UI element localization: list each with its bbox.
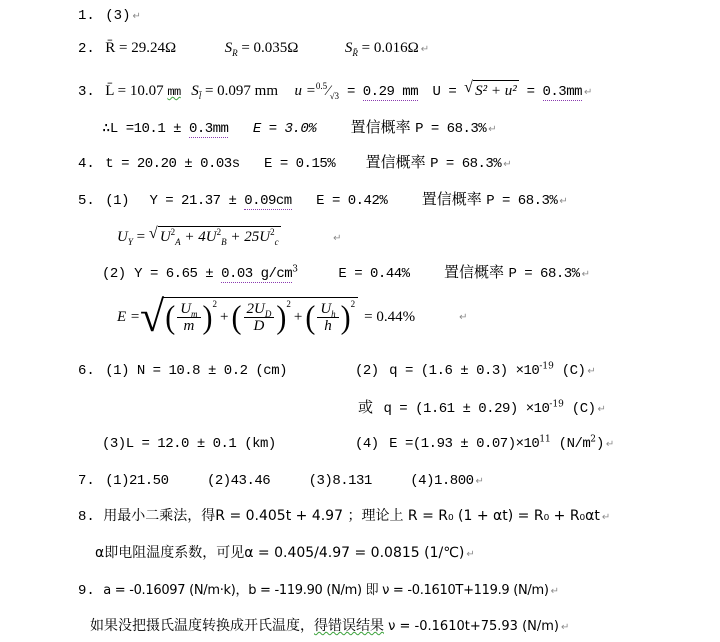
y-deviation: 0.03 g/cm [221,266,292,283]
u-value: u =0.5⁄√3 = 0.29 mm [294,83,418,99]
paragraph-mark-icon: ↵ [602,512,610,523]
item-5-part-2: (2) Y = 6.65 ± 0.03 g/cm3 E = 0.44% 置信概率… [102,262,590,285]
item-number: 7. [78,473,95,489]
term: U [160,229,171,245]
sqrt-expression: √ (Umm)2 + (2UDD)2 + (Uhh)2 [140,295,358,339]
radicand: S² + u² [473,80,519,101]
item-8-line-2: α即电阻温度系数，可见α = 0.405/4.97 = 0.0815 (1/℃)… [95,543,475,565]
r-bar-value: R̄ = 29.24Ω [105,40,176,56]
sr-bar-value: SR̄ = 0.016Ω [345,40,419,56]
value: = 0.035Ω [238,40,299,56]
term: + 25U [227,229,270,245]
confidence-value: P = 68.3% [486,193,557,209]
l-value: (3)L = 12.0 ± 0.1 (km) [102,436,276,452]
item-2: 2. R̄ = 29.24Ω SR = 0.035Ω SR̄ = 0.016Ω↵ [78,38,429,60]
sl-value: Sl̄ = 0.097 mm [191,83,278,99]
answer-4: (4)1.800 [410,473,473,489]
big-u-value: U = S² + u² = 0.3mm [433,83,582,99]
equals: = [519,84,543,100]
item-number: 6. [78,363,95,379]
paragraph-mark-icon: ↵ [488,124,496,135]
relative-error: E = 0.44% [338,266,409,282]
paragraph-mark-icon: ↵ [559,196,567,207]
confidence-label: 置信概率 [351,118,411,136]
item-number: 8. [78,509,95,525]
part-label: (2) [355,363,379,379]
fraction: Uhh [317,301,338,334]
radicand: (Umm)2 + (2UDD)2 + (Uhh)2 [162,297,358,338]
e-formula: E = √ (Umm)2 + (2UDD)2 + (Uhh)2 = 0.44% … [117,292,468,342]
unit: mm [167,85,180,99]
paragraph-mark-icon: ↵ [551,586,559,597]
symbol: S [191,83,199,99]
relative-error: E = 0.15% [264,156,335,172]
t-value: t = 20.20 ± 0.03s [105,156,239,172]
answer-2: (2)43.46 [207,473,270,489]
radicand: U2A + 4U2B + 25U2c [158,226,281,247]
q-value: q = (1.61 ± 0.29) ×10 [383,401,549,417]
answer-1: (1)21.50 [105,473,168,489]
numerator: 0.5 [316,81,327,91]
paragraph-mark-icon: ↵ [584,87,592,98]
item-number: 1. [78,8,95,24]
item-6-part-1: 6. (1) N = 10.8 ± 0.2 (cm) [78,360,287,381]
paragraph-mark-icon: ↵ [132,11,140,22]
e-lhs: E = [117,309,140,326]
fraction: Umm [177,301,200,334]
confidence-value: P = 68.3% [430,156,501,172]
paragraph-mark-icon: ↵ [466,549,474,560]
paragraph-mark-icon: ↵ [459,312,467,323]
temperature-coefficient-text: α即电阻温度系数，可见α = 0.405/4.97 = 0.0815 (1/℃) [95,545,464,561]
value: L̄ = 10.07 [105,83,167,99]
item-3: 3. L̄ = 10.07 mm Sl̄ = 0.097 mm u =0.5⁄√… [78,80,592,103]
y-value: Y = 21.37 ± [149,193,244,209]
paragraph-mark-icon: ↵ [606,439,614,450]
confidence-label: 置信概率 [422,190,482,208]
paragraph-mark-icon: ↵ [333,233,341,244]
unit: (N/m [551,436,591,452]
e-value: E =(1.93 ± 0.07)×10 [389,436,539,452]
result: 0.3mm [543,84,583,101]
symbol: U [117,229,128,245]
item-7: 7. (1)21.50 (2)43.46 (3)8.131 (4)1.800↵ [78,470,484,492]
part-label: (4) [355,436,379,452]
result: 0.29 mm [363,84,418,101]
n-value: (1) N = 10.8 ± 0.2 (cm) [105,363,287,379]
item-6-part-2: (2) q = (1.6 ± 0.3) ×10-19 (C)↵ [355,360,596,382]
uy-lhs: UY = [117,229,149,245]
fit-result-text: a = -0.16097 (N/m·k)，b = -119.90 (N/m) 即… [103,583,548,598]
item-number: 4. [78,156,95,172]
item-3-conclusion: ∴L =10.1 ± 0.3mm E = 3.0% 置信概率 P = 68.3%… [102,117,497,140]
numerator: U [320,301,331,317]
item-5-part-1: 5. (1) Y = 21.37 ± 0.09cm E = 0.42% 置信概率… [78,189,568,212]
exponent: -19 [549,399,564,409]
numerator: U [180,301,191,317]
subscript: D [265,309,272,319]
q-value: q = (1.6 ± 0.3) ×10 [389,363,539,379]
confidence-value: P = 68.3% [415,121,486,137]
relative-error: E = 0.42% [316,193,387,209]
paragraph-mark-icon: ↵ [421,44,429,55]
y-value: Y = 6.65 ± [134,266,221,282]
item-6-part-2-alt: 或 q = (1.61 ± 0.29) ×10-19 (C)↵ [358,397,606,420]
answer-3: (3)8.131 [309,473,372,489]
part-label: (2) [102,266,126,282]
y-deviation: 0.09cm [244,193,291,210]
paragraph-mark-icon: ↵ [598,404,606,415]
denominator: D [254,318,265,334]
paragraph-mark-icon: ↵ [561,622,569,633]
denominator: √3 [330,91,339,101]
item-1: 1. (3)↵ [78,5,141,27]
symbol: u = [294,83,315,99]
error-note-text: 如果没把摄氏温度转换成开氏温度， [90,618,314,634]
unit: (C) [564,401,596,417]
fraction: 2UDD [244,301,275,334]
wrong-result-formula: ν = -0.1610t+75.93 (N/m) [384,619,559,634]
symbol: U = [433,84,465,100]
paragraph-mark-icon: ↵ [587,366,595,377]
l-deviation: 0.3mm [189,121,229,138]
item-4: 4. t = 20.20 ± 0.03s E = 0.15% 置信概率 P = … [78,152,512,175]
superscript: 3 [292,264,298,274]
symbol: S [225,40,233,56]
part-label: (1) [105,193,129,209]
equals: = [133,229,149,245]
subscript: c [275,237,279,247]
wrong-result-label: 得错误结果 [314,618,384,634]
item-6-part-4: (4) E =(1.93 ± 0.07)×1011 (N/m2)↵ [355,433,614,455]
uy-formula: UY = U2A + 4U2B + 25U2c ↵ [117,226,341,249]
value: = 0.097 mm [201,83,278,99]
least-squares-text: 用最小二乘法，得R = 0.405t + 4.97 ；理论上 R = R₀ (1… [103,508,600,524]
confidence-label: 置信概率 [366,153,426,171]
exponent: -19 [539,361,554,371]
paragraph-mark-icon: ↵ [503,159,511,170]
paragraph-mark-icon: ↵ [476,476,484,487]
subscript: h [331,309,336,319]
item-9-line-1: 9. a = -0.16097 (N/m·k)，b = -119.90 (N/m… [78,580,559,602]
unit: (C) [554,363,586,379]
equals: = [339,84,363,100]
item-number: 5. [78,193,95,209]
radical-sign-icon: √ [140,295,164,339]
item-6-part-3: (3)L = 12.0 ± 0.1 (km) [102,433,276,454]
relative-error: E = 3.0% [253,121,316,137]
denominator: h [324,318,332,334]
value: = 0.016Ω [358,40,419,56]
sqrt-expression: U2A + 4U2B + 25U2c [149,226,281,247]
numerator: 2U [247,301,265,317]
unit-end: ) [596,436,604,452]
confidence-label: 置信概率 [444,263,504,281]
denominator: m [183,318,194,334]
confidence-value: P = 68.3% [508,266,579,282]
sr-value: SR = 0.035Ω [225,40,299,56]
or-label: 或 [358,398,373,416]
item-number: 2. [78,41,95,57]
exponent: 11 [539,434,550,444]
item-number: 9. [78,583,95,599]
item-number: 3. [78,84,95,100]
item-9-line-2: 如果没把摄氏温度转换成开氏温度，得错误结果 ν = -0.1610t+75.93… [90,616,569,638]
paragraph-mark-icon: ↵ [582,269,590,280]
l-bar-value: L̄ = 10.07 mm [105,83,180,99]
term: + 4U [181,229,217,245]
answer-text: (3) [105,8,130,24]
sqrt-expression: S² + u² [464,80,519,101]
l-result: ∴L =10.1 ± [102,121,189,137]
e-result: = 0.44% [364,309,415,326]
item-8-line-1: 8. 用最小二乘法，得R = 0.405t + 4.97 ；理论上 R = R₀… [78,506,610,528]
